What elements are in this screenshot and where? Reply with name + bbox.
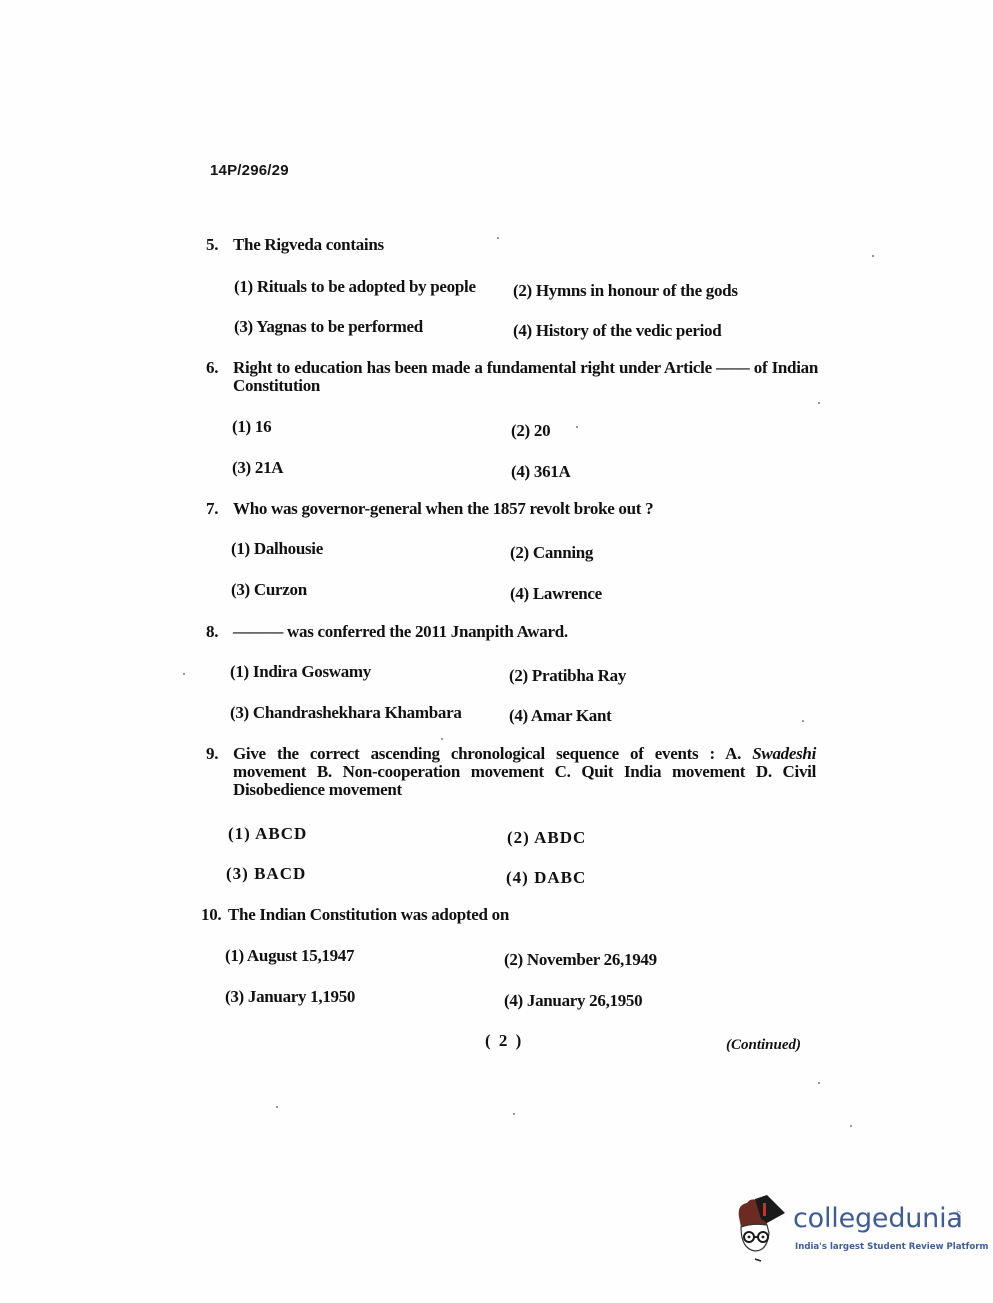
option-9-4: (4) DABC bbox=[506, 868, 586, 888]
option-9-1: (1) ABCD bbox=[228, 824, 307, 844]
question-7: 7. Who was governor-general when the 185… bbox=[206, 500, 818, 518]
question-number: 10. bbox=[201, 906, 221, 924]
brand-tagline: India's largest Student Review Platform bbox=[795, 1242, 988, 1252]
question-number: 8. bbox=[206, 623, 218, 641]
question-text: Give the correct ascending chronological… bbox=[206, 745, 816, 799]
option-7-3: (3) Curzon bbox=[231, 580, 307, 600]
italic-term: Swadeshi bbox=[752, 744, 816, 763]
option-8-4: (4) Amar Kant bbox=[509, 706, 612, 726]
question-number: 5. bbox=[206, 236, 218, 254]
option-9-3: (3) BACD bbox=[226, 864, 306, 884]
question-text: The Rigveda contains bbox=[206, 236, 818, 254]
option-5-4: (4) History of the vedic period bbox=[513, 321, 721, 341]
option-10-2: (2) November 26,1949 bbox=[504, 950, 657, 970]
option-10-3: (3) January 1,1950 bbox=[225, 987, 355, 1007]
question-text: The Indian Constitution was adopted on bbox=[201, 906, 813, 924]
option-10-4: (4) January 26,1950 bbox=[504, 991, 642, 1011]
question-number: 9. bbox=[206, 745, 218, 763]
option-7-4: (4) Lawrence bbox=[510, 584, 602, 604]
page-number: ( 2 ) bbox=[485, 1031, 523, 1051]
question-8: 8. ——— was conferred the 2011 Jnanpith A… bbox=[206, 623, 818, 641]
scan-speck bbox=[513, 1113, 515, 1115]
scan-speck bbox=[441, 738, 443, 740]
option-6-3: (3) 21A bbox=[232, 458, 283, 478]
option-7-1: (1) Dalhousie bbox=[231, 539, 323, 559]
question-6: 6. Right to education has been made a fu… bbox=[206, 359, 818, 395]
scan-speck bbox=[872, 255, 874, 257]
scan-speck bbox=[818, 402, 820, 404]
scan-speck bbox=[850, 1125, 852, 1127]
option-8-2: (2) Pratibha Ray bbox=[509, 666, 626, 686]
continued-label: (Continued) bbox=[726, 1037, 801, 1054]
option-7-2: (2) Canning bbox=[510, 543, 593, 563]
option-9-2: (2) ABDC bbox=[507, 828, 586, 848]
question-number: 7. bbox=[206, 500, 218, 518]
scan-speck bbox=[802, 720, 804, 722]
scan-speck bbox=[576, 426, 578, 428]
scan-speck bbox=[276, 1106, 278, 1108]
option-5-3: (3) Yagnas to be performed bbox=[234, 317, 423, 337]
paper-code: 14P/296/29 bbox=[210, 162, 289, 179]
question-9: 9. Give the correct ascending chronologi… bbox=[206, 745, 816, 799]
question-number: 6. bbox=[206, 359, 218, 377]
option-8-3: (3) Chandrashekhara Khambara bbox=[230, 703, 462, 723]
option-5-1: (1) Rituals to be adopted by people bbox=[234, 277, 476, 297]
option-6-4: (4) 361A bbox=[511, 462, 570, 482]
scan-speck bbox=[497, 237, 499, 239]
option-5-2: (2) Hymns in honour of the gods bbox=[513, 281, 738, 301]
exam-page: 14P/296/29 5. The Rigveda contains (1) R… bbox=[0, 0, 993, 1303]
scan-speck bbox=[818, 1082, 820, 1084]
brand-suffix: .com bbox=[955, 1209, 962, 1224]
option-6-1: (1) 16 bbox=[232, 417, 271, 437]
option-6-2: (2) 20 bbox=[511, 421, 550, 441]
scan-speck bbox=[183, 673, 185, 675]
option-10-1: (1) August 15,1947 bbox=[225, 946, 354, 966]
option-8-1: (1) Indira Goswamy bbox=[230, 662, 371, 682]
collegedunia-watermark: collegedunia .com India's largest Studen… bbox=[733, 1193, 963, 1265]
question-text: ——— was conferred the 2011 Jnanpith Awar… bbox=[206, 623, 818, 641]
question-text: Right to education has been made a funda… bbox=[206, 359, 818, 395]
student-mascot-icon bbox=[733, 1193, 791, 1265]
question-5: 5. The Rigveda contains bbox=[206, 236, 818, 254]
question-text: Who was governor-general when the 1857 r… bbox=[206, 500, 818, 518]
brand-name: collegedunia bbox=[793, 1203, 963, 1234]
question-10: 10. The Indian Constitution was adopted … bbox=[201, 906, 813, 924]
